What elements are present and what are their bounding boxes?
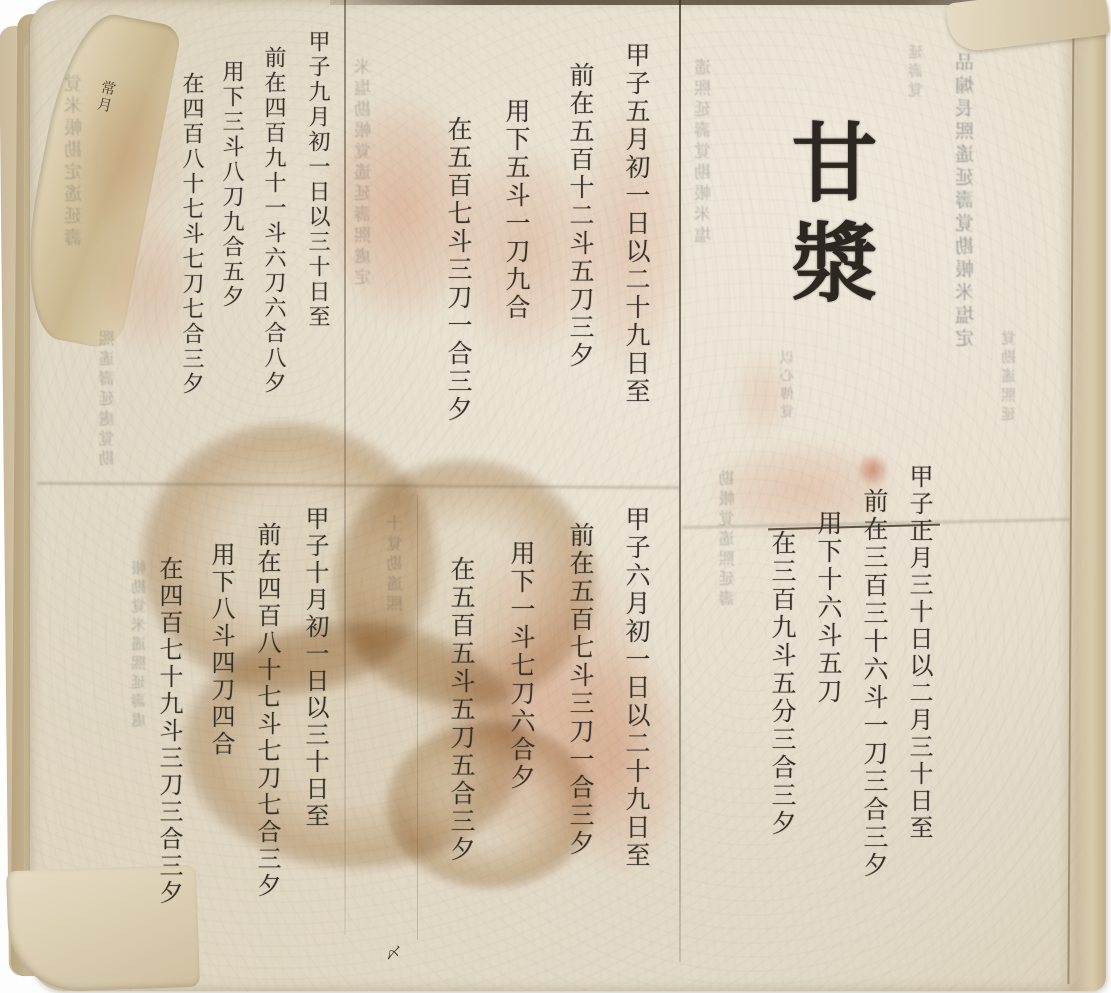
entry3-period: 甲子六月初一日以二十九日至 <box>618 506 654 870</box>
center-fold-line <box>679 0 681 962</box>
pink-stain <box>728 340 798 450</box>
entry3-previous-balance: 前在五百七斗三刀一合三夕 <box>562 522 598 858</box>
entry5-balance: 在四百七十九斗三刀三合三夕 <box>152 556 187 907</box>
entry5-used: 用下八斗四刀四合 <box>204 542 239 758</box>
entry4-previous-balance: 前在四百九十一斗六刀六合八夕 <box>258 46 289 396</box>
bleedthrough-text: 延壽覚 <box>905 44 926 101</box>
manuscript-title: 甘漿 <box>775 118 876 318</box>
bleedthrough-text: 覚勘遙煕延 <box>998 330 1019 425</box>
entry5-previous-balance: 前在四百八十七斗七刀七合三夕 <box>250 522 285 900</box>
column-rule-line <box>417 495 418 940</box>
paper-right-fold <box>1058 0 1106 991</box>
bottom-edge-mark: 〆 <box>386 942 401 963</box>
entry1-used: 用下十六斗五刀 <box>810 510 846 706</box>
bleedthrough-text: 品煽長煕遙延壽覚勘帳米塩定 <box>952 52 979 351</box>
entry1-previous-balance: 前在三百三十六斗一刀三合三夕 <box>856 488 892 880</box>
entry1-balance: 在三百九斗五分三合三夕 <box>764 530 800 838</box>
entry1-period: 甲子正月三十日以二月三十日至 <box>902 464 937 842</box>
entry5-period: 甲子十月初一日以三十日至 <box>298 506 333 830</box>
entry4-period: 甲子九月初一日以三十日至 <box>302 30 333 330</box>
entry3-used: 用下一斗七刀六合夕 <box>503 540 539 792</box>
entry2-period: 甲子五月初一日以二十九日至 <box>618 42 654 406</box>
paper-top-edge <box>330 0 1056 5</box>
entry2-balance: 在五百七斗三刀一合三夕 <box>440 116 476 424</box>
entry3-balance: 在五百五斗五刀五合三夕 <box>443 556 479 864</box>
entry4-balance: 在四百八十七斗七刀七合三夕 <box>176 72 207 397</box>
photo-of-manuscript: { "manuscript": { "title": "甘漿", "corner… <box>0 0 1111 993</box>
red-ink-smudge <box>852 448 894 492</box>
column-rule-line <box>344 0 346 935</box>
entry4-used: 用下三斗八刀九合五夕 <box>216 60 247 310</box>
entry2-used: 用下五斗一刀九合 <box>498 98 534 322</box>
entry2-previous-balance: 前在五百十二斗五刀三夕 <box>562 62 598 370</box>
